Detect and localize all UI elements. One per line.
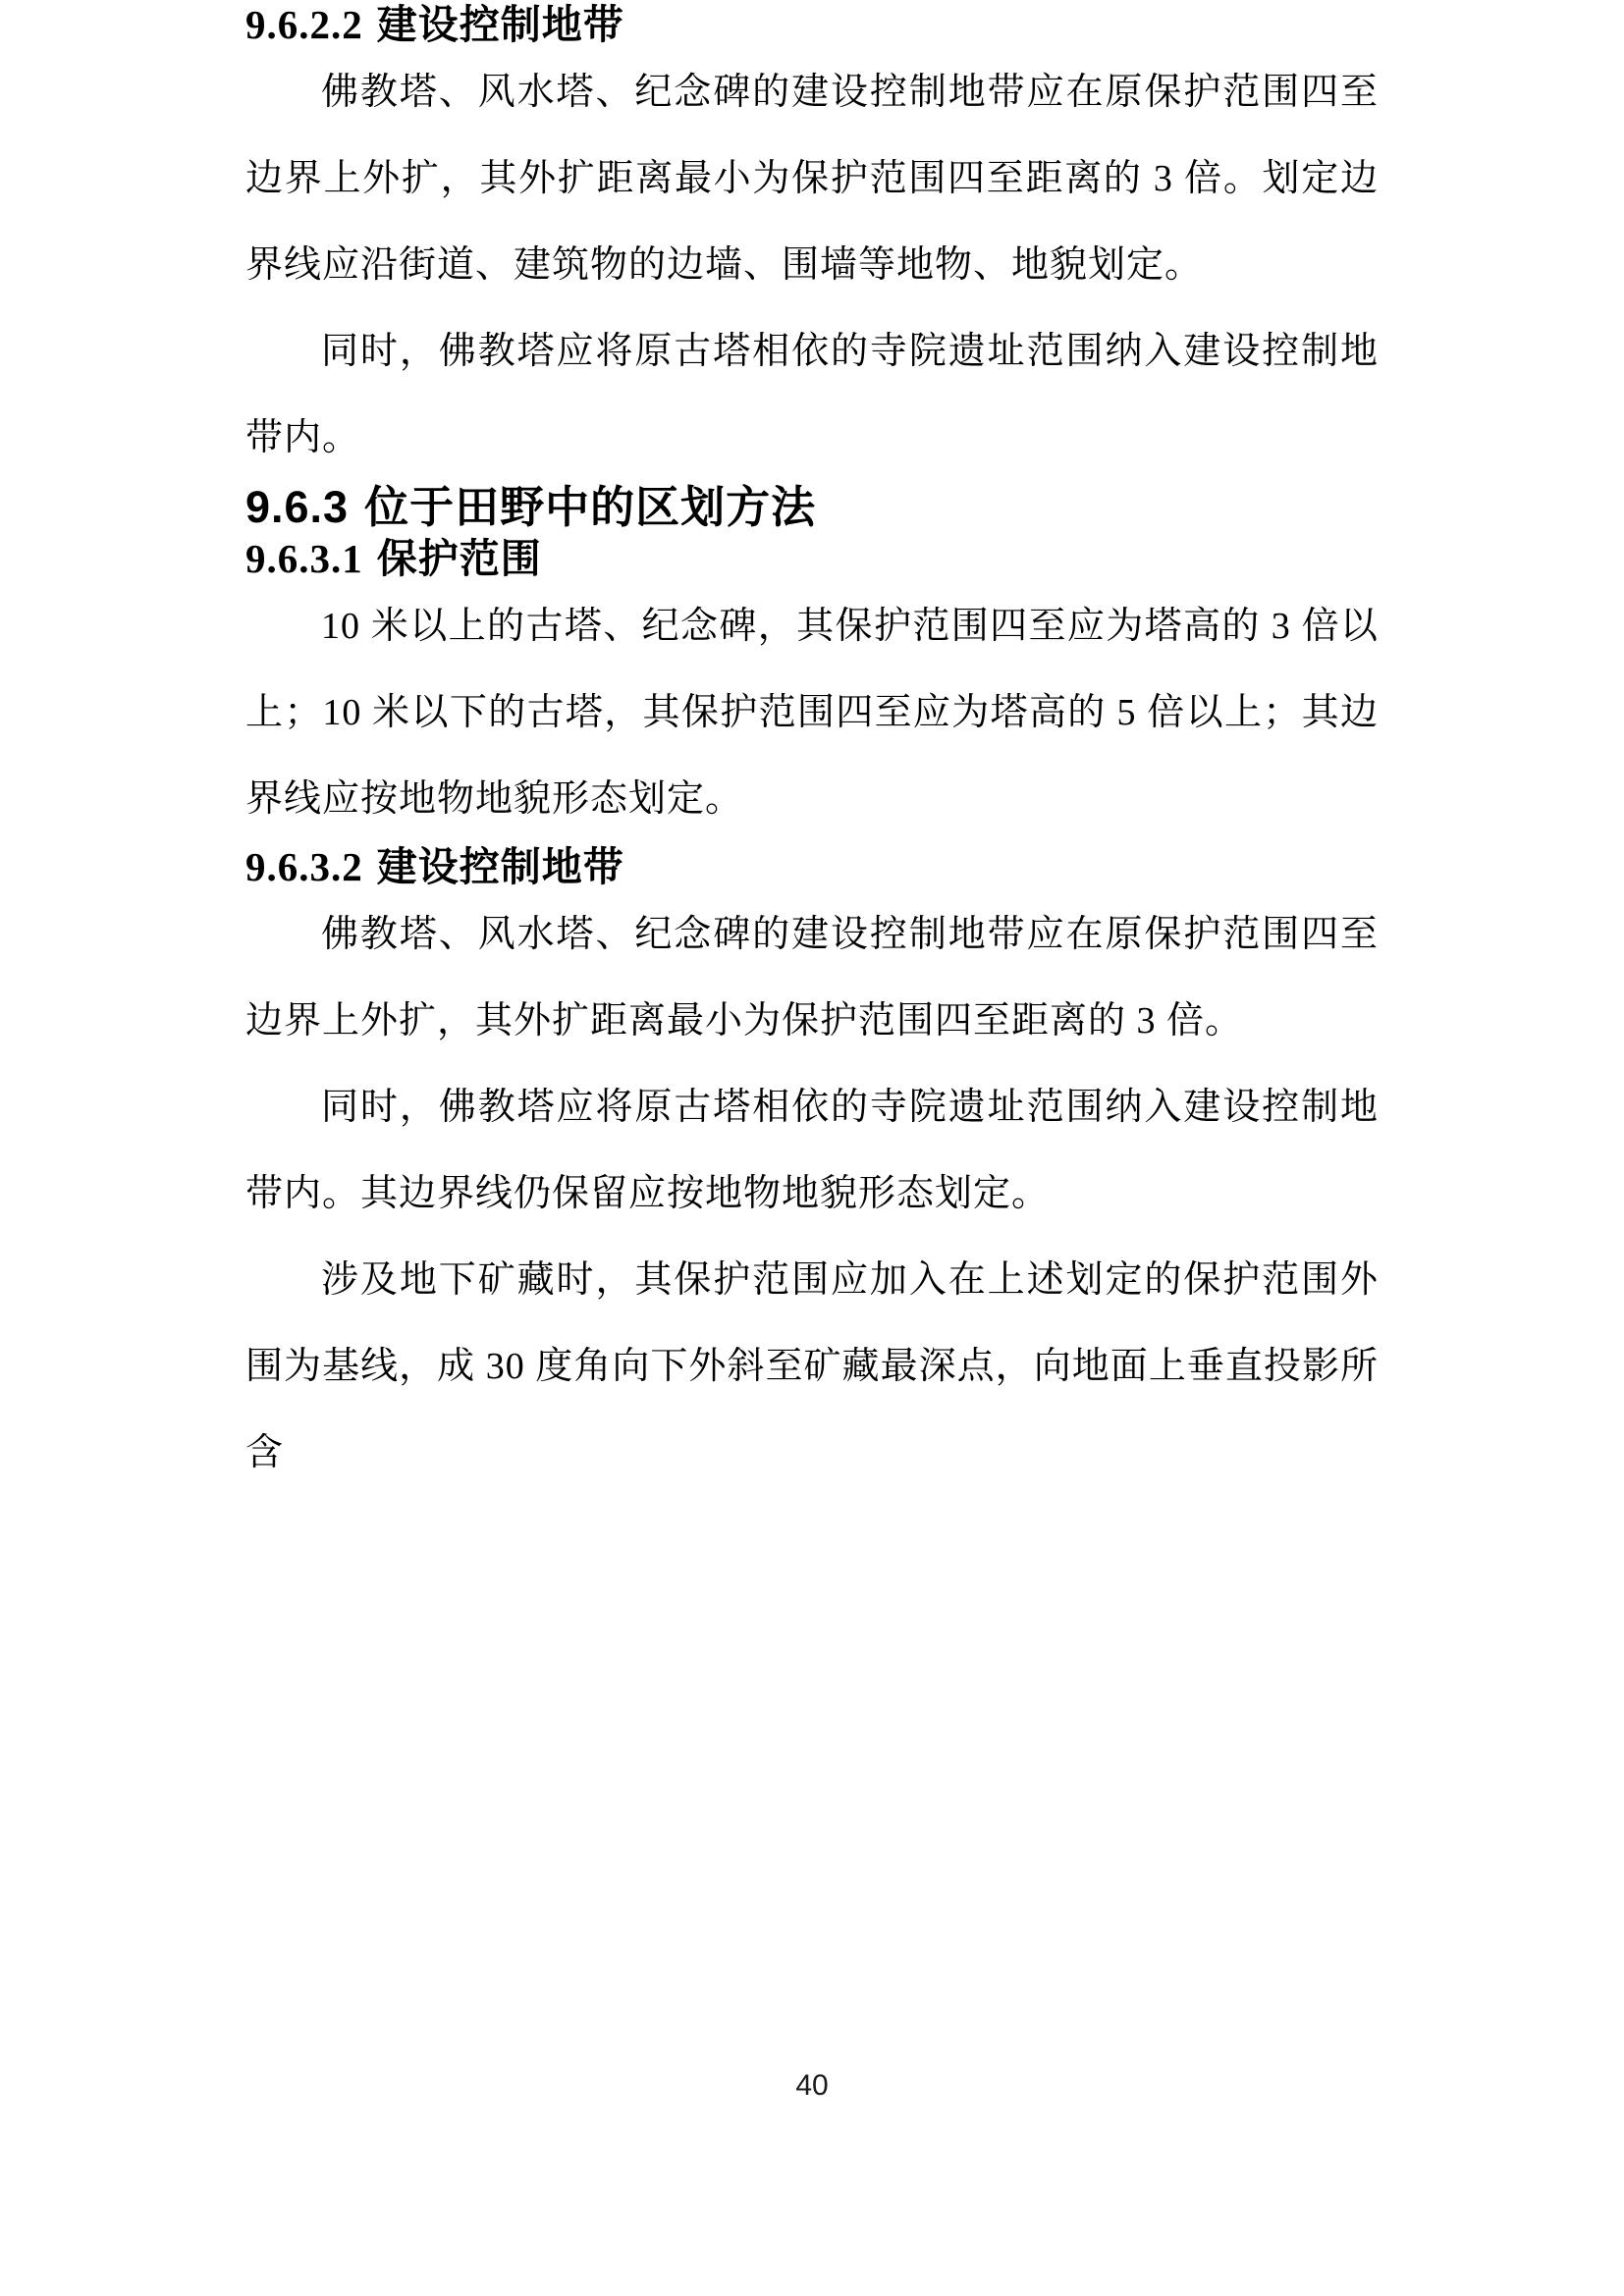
body-paragraph: 同时，佛教塔应将原古塔相依的寺院遗址范围纳入建设控制地带内。其边界线仍保留应按地… bbox=[245, 1064, 1379, 1237]
page-footer: 40 bbox=[0, 2069, 1624, 2103]
heading-title: 建设控制地带 bbox=[377, 844, 624, 889]
section-heading-9-6-3: 9.6.3位于田野中的区划方法 bbox=[245, 481, 1379, 534]
body-paragraph: 10 米以上的古塔、纪念碑，其保护范围四至应为塔高的 3 倍以上；10 米以下的… bbox=[245, 583, 1379, 842]
section-heading-9-6-2-2: 9.6.2.2建设控制地带 bbox=[245, 0, 1379, 49]
body-paragraph: 佛教塔、风水塔、纪念碑的建设控制地带应在原保护范围四至边界上外扩，其外扩距离最小… bbox=[245, 891, 1379, 1064]
heading-number: 9.6.3 bbox=[245, 482, 349, 532]
page-number: 40 bbox=[795, 2069, 828, 2102]
document-page: 9.6.2.2建设控制地带 佛教塔、风水塔、纪念碑的建设控制地带应在原保护范围四… bbox=[0, 0, 1624, 2296]
heading-number: 9.6.3.2 bbox=[245, 844, 363, 889]
heading-number: 9.6.2.2 bbox=[245, 2, 363, 47]
heading-title: 保护范围 bbox=[377, 536, 542, 581]
heading-title: 位于田野中的区划方法 bbox=[364, 483, 816, 532]
body-paragraph: 同时，佛教塔应将原古塔相依的寺院遗址范围纳入建设控制地带内。 bbox=[245, 308, 1379, 481]
body-paragraph: 涉及地下矿藏时，其保护范围应加入在上述划定的保护范围外围为基线，成 30 度角向… bbox=[245, 1237, 1379, 1496]
heading-number: 9.6.3.1 bbox=[245, 536, 363, 581]
body-paragraph: 佛教塔、风水塔、纪念碑的建设控制地带应在原保护范围四至边界上外扩，其外扩距离最小… bbox=[245, 49, 1379, 308]
section-heading-9-6-3-2: 9.6.3.2建设控制地带 bbox=[245, 842, 1379, 891]
document-content: 9.6.2.2建设控制地带 佛教塔、风水塔、纪念碑的建设控制地带应在原保护范围四… bbox=[0, 0, 1624, 1496]
section-heading-9-6-3-1: 9.6.3.1保护范围 bbox=[245, 534, 1379, 583]
heading-title: 建设控制地带 bbox=[377, 2, 624, 47]
